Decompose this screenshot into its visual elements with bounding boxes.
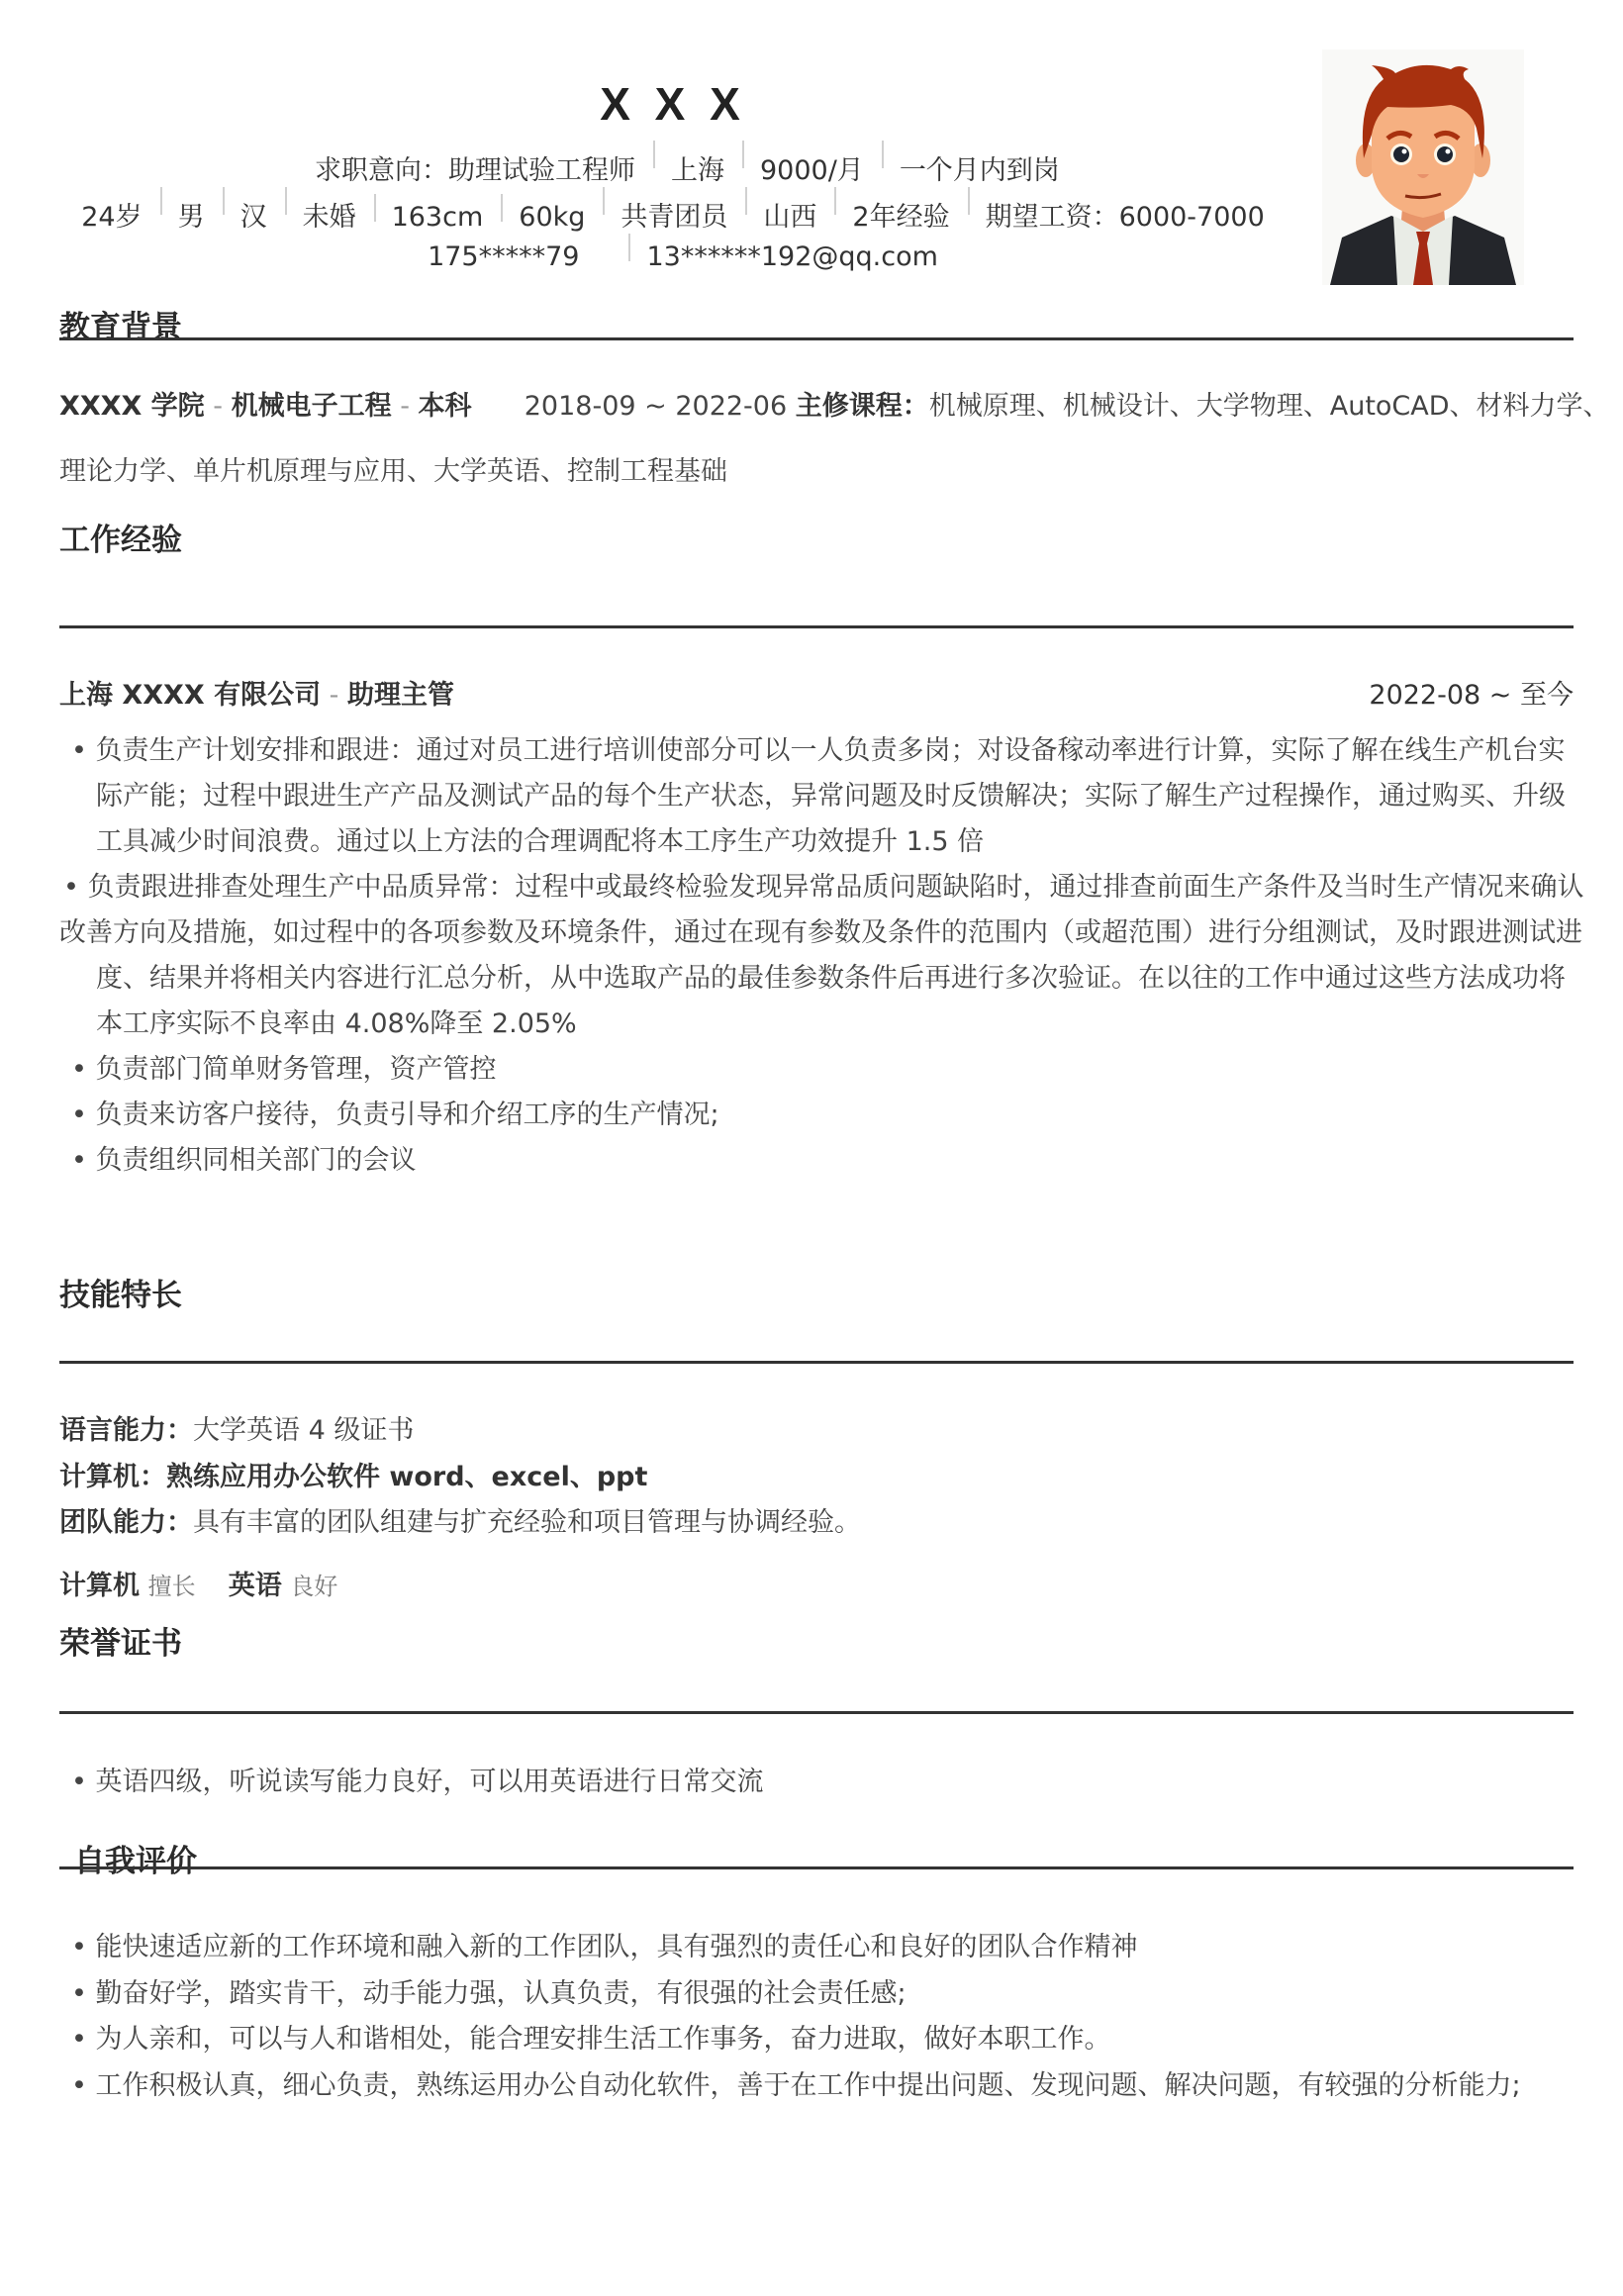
duty-line: • 负责来访客户接待，负责引导和介绍工序的生产情况; xyxy=(71,1093,719,1131)
duty-line: 度、结果并将相关内容进行汇总分析，从中选取产品的最佳参数条件后再进行多次验证。在… xyxy=(96,956,1566,995)
contact-row: 175*****7913******192@qq.com xyxy=(396,241,970,272)
section-title-self-eval: 自我评价 xyxy=(74,1836,197,1880)
degree: 本科 xyxy=(419,391,472,422)
duty-line: 改善方向及措施，如过程中的各项参数及环境条件，通过在现有参数及条件的范围内（或超… xyxy=(59,910,1582,949)
divider-education xyxy=(59,337,1574,340)
skill-value: 具有丰富的团队组建与扩充经验和项目管理与协调经验。 xyxy=(193,1507,861,1538)
education-period: 2018-09 ~ 2022-06 xyxy=(525,391,787,422)
courses-label: 主修课程： xyxy=(796,391,929,422)
skill-label: 计算机： xyxy=(59,1462,166,1492)
duty-line: 工具减少时间浪费。通过以上方法的合理调配将本工序生产功效提升 1.5 倍 xyxy=(96,819,984,858)
duty-line: • 负责跟进排查处理生产中品质异常：过程中或最终检验发现异常品质问题缺陷时，通过… xyxy=(63,865,1584,904)
duty-line: 际产能；过程中跟进生产产品及测试产品的每个生产状态，异常问题及时反馈解决；实际了… xyxy=(96,774,1566,813)
major-name: 机械电子工程 xyxy=(232,391,392,422)
divider-skills xyxy=(59,1361,1574,1364)
skill-levels: 计算机 擅长 英语 良好 xyxy=(59,1564,337,1602)
education-row: XXXX 学院 - 机械电子工程 - 本科 2018-09 ~ 2022-06 … xyxy=(59,384,1610,423)
job-intent: 求职意向：助理试验工程师 xyxy=(297,148,653,187)
divider-work xyxy=(59,625,1574,628)
skill-value: 熟练应用办公软件 word、excel、ppt xyxy=(166,1462,647,1492)
section-title-skills: 技能特长 xyxy=(59,1270,182,1314)
info-age: 24岁 xyxy=(63,195,159,234)
courses-line2: 理论力学、单片机原理与应用、大学英语、控制工程基础 xyxy=(59,449,727,488)
info-experience: 2年经验 xyxy=(834,195,967,234)
work-period: 2022-08 ~ 至今 xyxy=(1369,673,1574,712)
skill-level-name: 计算机 xyxy=(59,1571,140,1601)
info-gender: 男 xyxy=(160,195,223,234)
skill-item-team: 团队能力：具有丰富的团队组建与扩充经验和项目管理与协调经验。 xyxy=(59,1500,861,1539)
intent-salary: 9000/月 xyxy=(742,148,882,187)
skill-level-name: 英语 xyxy=(229,1571,282,1601)
candidate-name: X X X xyxy=(0,77,1346,131)
info-ethnicity: 汉 xyxy=(223,195,285,234)
section-title-work: 工作经验 xyxy=(59,515,182,559)
duty-line: • 负责生产计划安排和跟进：通过对员工进行培训使部分可以一人负责多岗；对设备稼动… xyxy=(71,728,1566,767)
separator-dash: - xyxy=(330,680,339,711)
info-weight: 60kg xyxy=(501,202,603,233)
personal-info-row: 24岁男汉未婚163cm60kg共青团员山西2年经验期望工资：6000-7000 xyxy=(0,195,1346,234)
school-name: XXXX 学院 xyxy=(59,391,205,422)
self-eval-item: • 能快速适应新的工作环境和融入新的工作团队，具有强烈的责任心和良好的团队合作精… xyxy=(71,1925,1138,1963)
divider-honors xyxy=(59,1711,1574,1714)
avatar-icon xyxy=(1322,49,1524,285)
skill-level-value: 擅长 xyxy=(148,1573,196,1600)
info-expected-salary: 期望工资：6000-7000 xyxy=(968,195,1283,234)
duty-line: • 负责部门简单财务管理，资产管控 xyxy=(71,1047,497,1086)
intent-availability: 一个月内到岗 xyxy=(882,148,1078,187)
skill-item-computer: 计算机：熟练应用办公软件 word、excel、ppt xyxy=(59,1455,647,1493)
skill-item-language: 语言能力：大学英语 4 级证书 xyxy=(59,1408,414,1447)
intent-city: 上海 xyxy=(653,148,742,187)
honor-item: • 英语四级，听说读写能力良好，可以用英语进行日常交流 xyxy=(71,1760,764,1798)
courses-line1: 机械原理、机械设计、大学物理、AutoCAD、材料力学、 xyxy=(929,391,1610,422)
contact-phone: 175*****79 xyxy=(410,241,628,272)
info-marital: 未婚 xyxy=(285,195,374,234)
self-eval-item: • 为人亲和，可以与人和谐相处，能合理安排生活工作事务，奋力进取，做好本职工作。 xyxy=(71,2017,1111,2056)
skill-label: 语言能力： xyxy=(59,1415,193,1446)
company-name: 上海 XXXX 有限公司 xyxy=(59,680,321,711)
skill-value: 大学英语 4 级证书 xyxy=(193,1415,414,1446)
separator-dash: - xyxy=(400,391,410,422)
separator-dash: - xyxy=(213,391,223,422)
self-eval-item: • 工作积极认真，细心负责，熟练运用办公自动化软件，善于在工作中提出问题、发现问… xyxy=(71,2063,1521,2102)
profile-photo xyxy=(1322,49,1524,285)
contact-email: 13******192@qq.com xyxy=(628,241,955,272)
skill-label: 团队能力： xyxy=(59,1507,193,1538)
section-title-honors: 荣誉证书 xyxy=(59,1618,182,1663)
job-role: 助理主管 xyxy=(347,680,454,711)
work-header: 上海 XXXX 有限公司 - 助理主管 xyxy=(59,673,454,712)
divider-self-eval xyxy=(59,1866,1574,1869)
job-intent-row: 求职意向：助理试验工程师上海9000/月一个月内到岗 xyxy=(297,148,1069,187)
duty-line: 本工序实际不良率由 4.08%降至 2.05% xyxy=(96,1002,577,1040)
self-eval-item: • 勤奋好学，踏实肯干，动手能力强，认真负责，有很强的社会责任感; xyxy=(71,1971,907,2010)
skill-level-value: 良好 xyxy=(290,1573,337,1600)
info-height: 163cm xyxy=(374,202,502,233)
info-hometown: 山西 xyxy=(745,195,834,234)
duty-line: • 负责组织同相关部门的会议 xyxy=(71,1138,417,1177)
info-political: 共青团员 xyxy=(603,195,745,234)
